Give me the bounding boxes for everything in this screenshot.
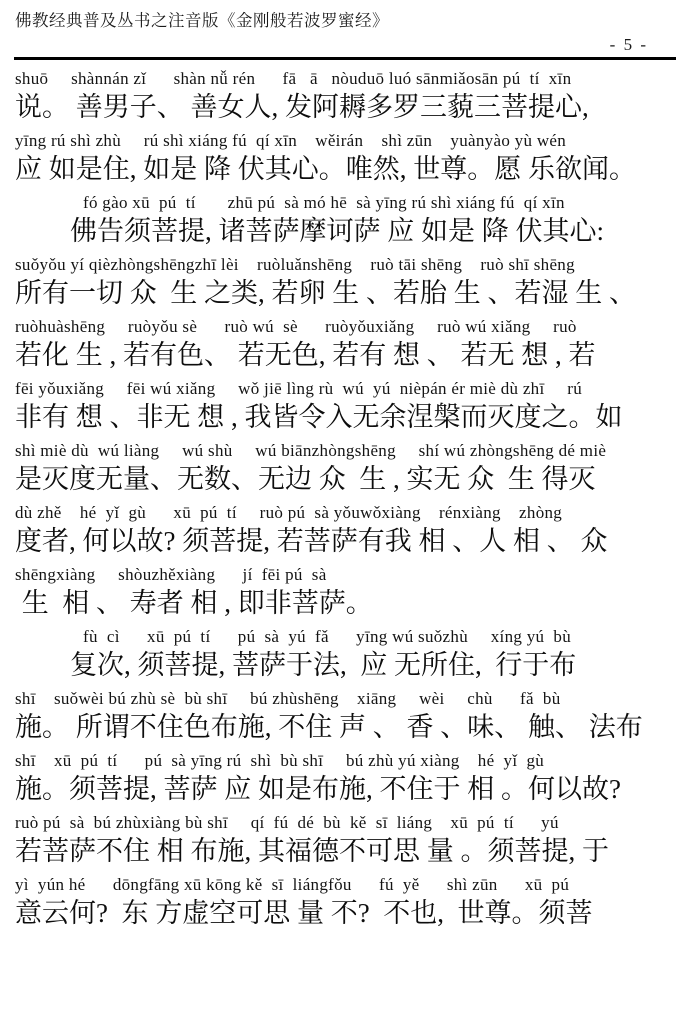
line-pair: shī suǒwèi bú zhù sè bù shī bú zhùshēng … (15, 689, 678, 746)
line-pair: suǒyǒu yí qièzhòngshēngzhī lèi ruòluǎnsh… (15, 255, 678, 312)
line-pair: shī xū pú tí pú sà yīng rú shì bù shī bú… (15, 751, 678, 808)
hanzi-line: 生 相 、 寿者 相 , 即非菩萨。 (15, 585, 678, 622)
page-header: 佛教经典普及丛书之注音版《金刚般若波罗蜜经》 (0, 0, 690, 31)
line-pair: ruò pú sà bú zhùxiàng bù shī qí fú dé bù… (15, 813, 678, 870)
hanzi-line: 复次, 须菩提, 菩萨于法, 应 无所住, 行于布 (15, 647, 678, 684)
line-pair: shì miè dù wú liàng wú shù wú biānzhòngs… (15, 441, 678, 498)
hanzi-line: 施。 所谓不住色布施, 不住 声 、 香 、味、 触、 法布 (15, 709, 678, 746)
hanzi-line: 度者, 何以故? 须菩提, 若菩萨有我 相 、人 相 、 众 (15, 523, 678, 560)
hanzi-line: 说。 善男子、 善女人, 发阿耨多罗三藐三菩提心, (15, 89, 678, 126)
hanzi-line: 是灭度无量、无数、无边 众 生 , 实无 众 生 得灭 (15, 461, 678, 498)
sutra-body: shuō shànnán zǐ shàn nǚ rén fā ā nòuduō … (0, 60, 690, 932)
hanzi-line: 所有一切 众 生 之类, 若卵 生 、若胎 生 、若湿 生 、 (15, 275, 678, 312)
page-number: - 5 - (610, 35, 648, 54)
pinyin-line: fù cì xū pú tí pú sà yú fǎ yīng wú suǒzh… (15, 627, 678, 647)
hanzi-line: 若化 生 , 若有色、 若无色, 若有 想 、 若无 想 , 若 (15, 337, 678, 374)
hanzi-line: 意云何? 东 方虚空可思 量 不? 不也, 世尊。须菩 (15, 895, 678, 932)
pinyin-line: shēngxiàng shòuzhěxiàng jí fēi pú sà (15, 565, 678, 585)
line-pair: fó gào xū pú tí zhū pú sà mó hē sà yīng … (15, 193, 678, 250)
pinyin-line: shī xū pú tí pú sà yīng rú shì bù shī bú… (15, 751, 678, 771)
hanzi-line: 施。须菩提, 菩萨 应 如是布施, 不住于 相 。何以故? (15, 771, 678, 808)
page-number-row: - 5 - (0, 31, 690, 57)
series-title: 佛教经典普及丛书之注音版《金刚般若波罗蜜经》 (15, 7, 675, 31)
line-pair: yīng rú shì zhù rú shì xiáng fú qí xīn w… (15, 131, 678, 188)
pinyin-line: yì yún hé dōngfāng xū kōng kě sī liángfǒ… (15, 875, 678, 895)
pinyin-line: shì miè dù wú liàng wú shù wú biānzhòngs… (15, 441, 678, 461)
line-pair: yì yún hé dōngfāng xū kōng kě sī liángfǒ… (15, 875, 678, 932)
pinyin-line: fēi yǒuxiǎng fēi wú xiǎng wǒ jiē lìng rù… (15, 379, 678, 399)
line-pair: shuō shànnán zǐ shàn nǚ rén fā ā nòuduō … (15, 69, 678, 126)
pinyin-line: ruò pú sà bú zhùxiàng bù shī qí fú dé bù… (15, 813, 678, 833)
hanzi-line: 应 如是住, 如是 降 伏其心。唯然, 世尊。愿 乐欲闻。 (15, 151, 678, 188)
pinyin-line: shī suǒwèi bú zhù sè bù shī bú zhùshēng … (15, 689, 678, 709)
pinyin-line: shuō shànnán zǐ shàn nǚ rén fā ā nòuduō … (15, 69, 678, 89)
pinyin-line: yīng rú shì zhù rú shì xiáng fú qí xīn w… (15, 131, 678, 151)
pinyin-line: fó gào xū pú tí zhū pú sà mó hē sà yīng … (15, 193, 678, 213)
hanzi-line: 非有 想 、非无 想 , 我皆令入无余涅槃而灭度之。如 (15, 399, 678, 436)
book-page: 佛教经典普及丛书之注音版《金刚般若波罗蜜经》 - 5 - shuō shànná… (0, 0, 690, 1032)
line-pair: fēi yǒuxiǎng fēi wú xiǎng wǒ jiē lìng rù… (15, 379, 678, 436)
line-pair: dù zhě hé yǐ gù xū pú tí ruò pú sà yǒuwǒ… (15, 503, 678, 560)
hanzi-line: 若菩萨不住 相 布施, 其福德不可思 量 。须菩提, 于 (15, 833, 678, 870)
pinyin-line: ruòhuàshēng ruòyǒu sè ruò wú sè ruòyǒuxi… (15, 317, 678, 337)
hanzi-line: 佛告须菩提, 诸菩萨摩诃萨 应 如是 降 伏其心: (15, 213, 678, 250)
line-pair: ruòhuàshēng ruòyǒu sè ruò wú sè ruòyǒuxi… (15, 317, 678, 374)
pinyin-line: dù zhě hé yǐ gù xū pú tí ruò pú sà yǒuwǒ… (15, 503, 678, 523)
line-pair: shēngxiàng shòuzhěxiàng jí fēi pú sà 生 相… (15, 565, 678, 622)
line-pair: fù cì xū pú tí pú sà yú fǎ yīng wú suǒzh… (15, 627, 678, 684)
pinyin-line: suǒyǒu yí qièzhòngshēngzhī lèi ruòluǎnsh… (15, 255, 678, 275)
